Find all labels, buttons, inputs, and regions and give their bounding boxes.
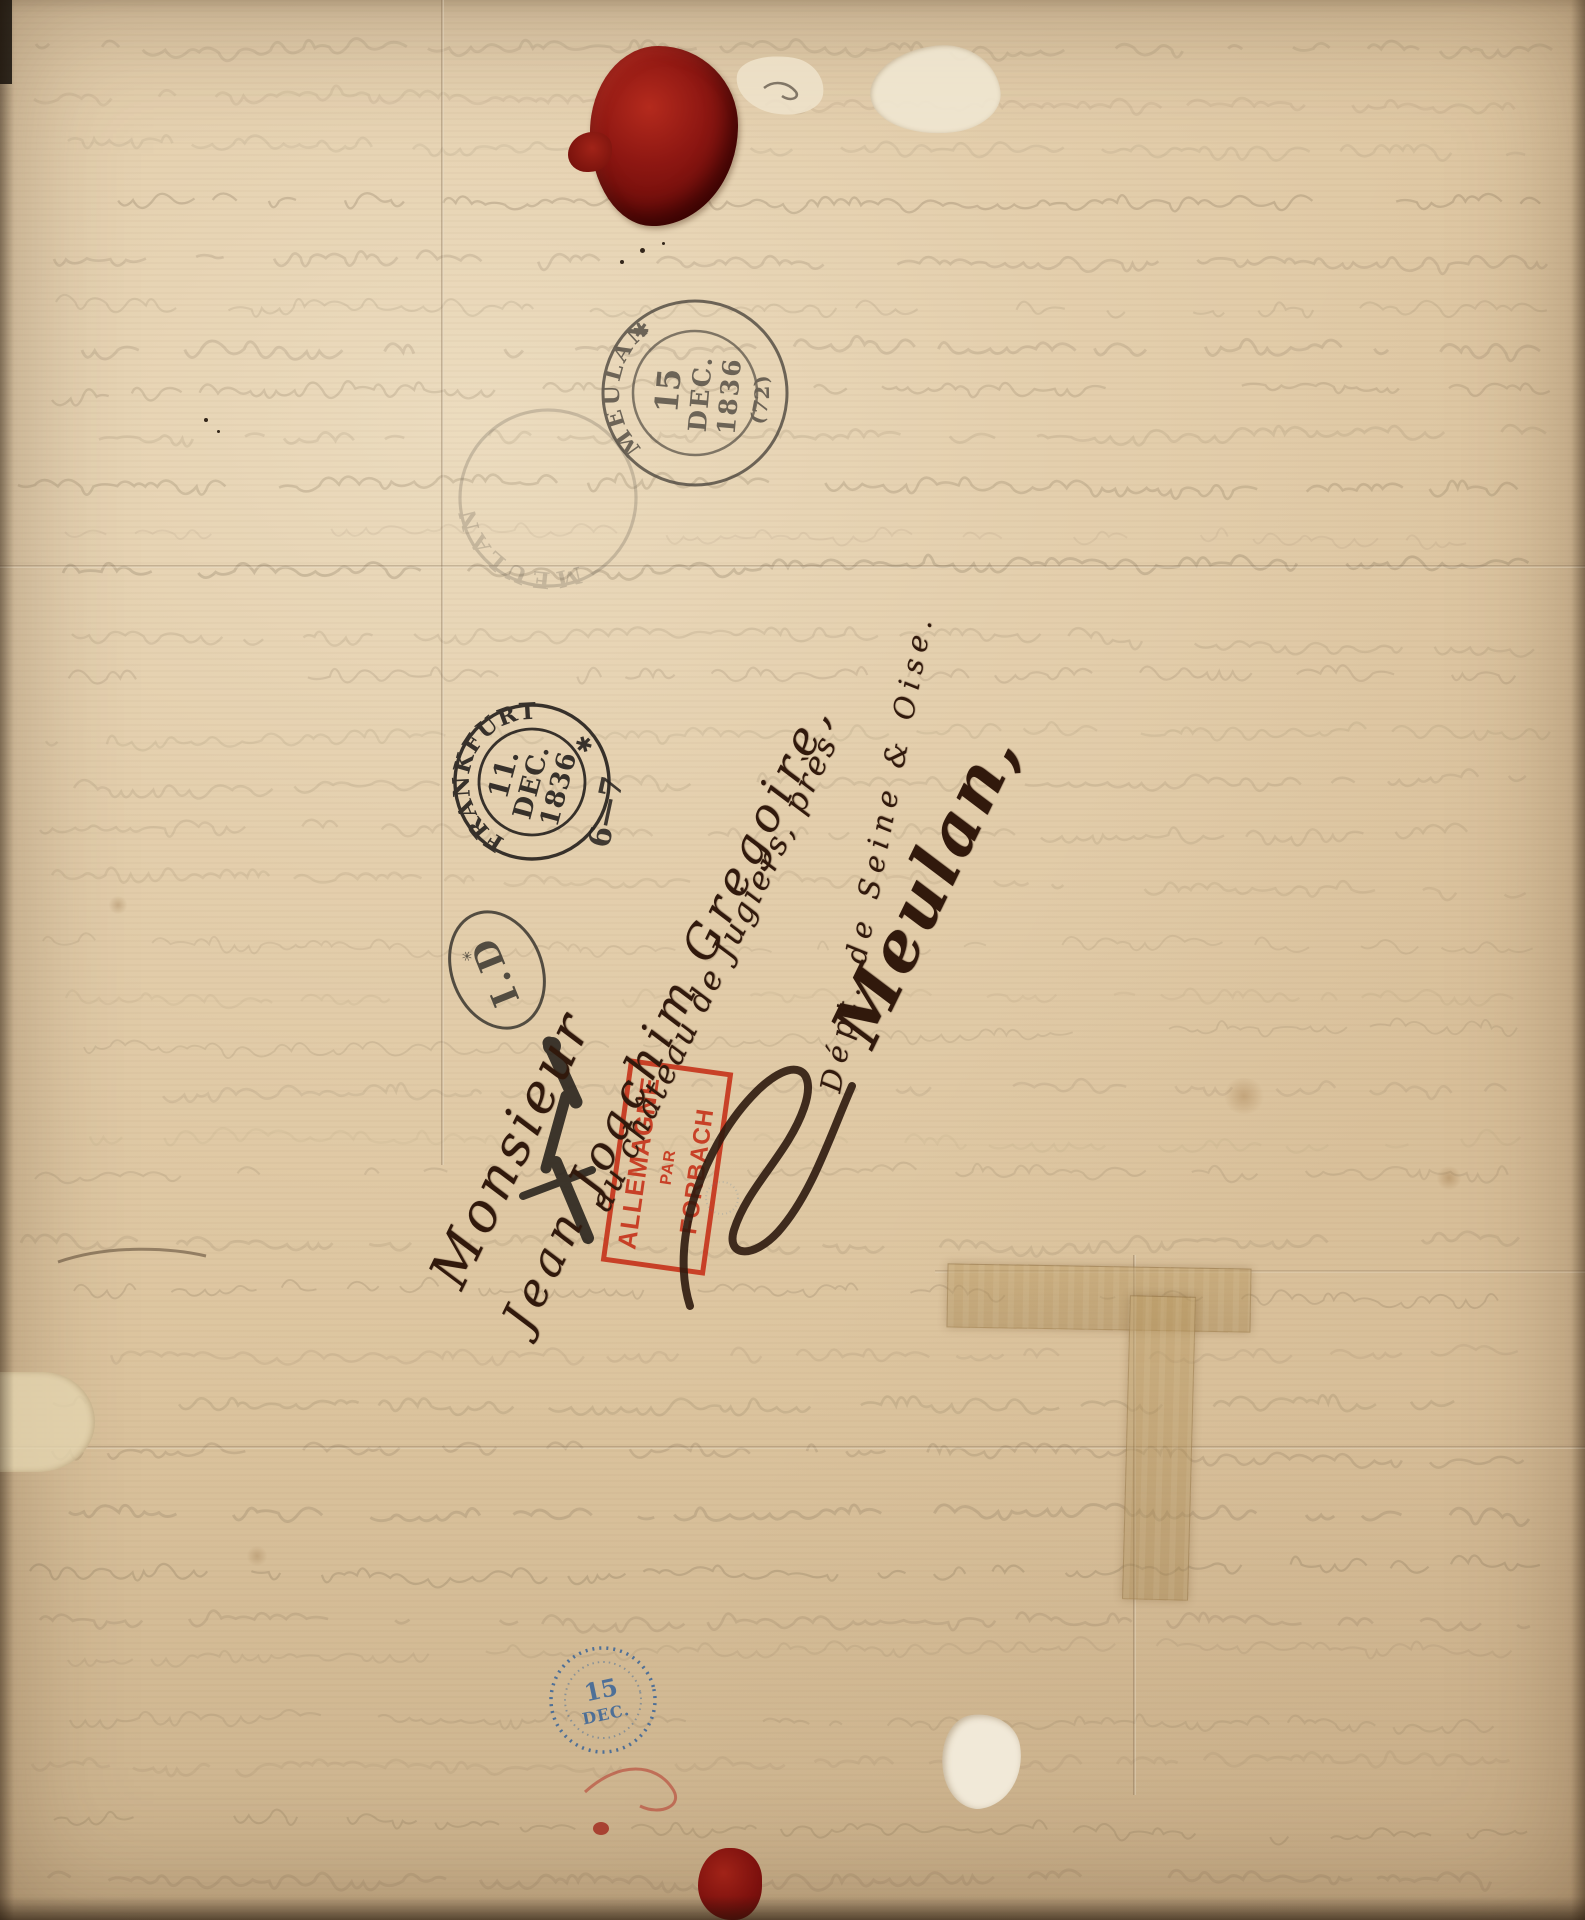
- blue-stamp-offset-ghost: [706, 1182, 738, 1214]
- bleedthrough-line: [53, 1395, 1506, 1415]
- svg-text:15: 15: [647, 367, 689, 415]
- wax-seal: [590, 46, 738, 226]
- svg-text:15: 15: [581, 1672, 620, 1707]
- bleedthrough-line: [82, 336, 1540, 360]
- tape-remnant-left-edge: [0, 1372, 95, 1472]
- ink-speck: [217, 430, 220, 433]
- bleedthrough-writing: [0, 0, 1585, 1920]
- handwriting-flourish: [684, 1070, 852, 1306]
- ink-speck: [662, 242, 665, 245]
- svg-text:FORBACH: FORBACH: [675, 1106, 719, 1236]
- address-location: au château de Jugiers, près: [581, 728, 846, 1217]
- svg-text:FRANKFURT: FRANKFURT: [429, 680, 544, 859]
- svg-text:MEULAN: MEULAN: [434, 493, 595, 619]
- bleedthrough-line: [40, 1611, 1530, 1633]
- bleedthrough-line: [54, 251, 1547, 274]
- bleedthrough-line: [18, 473, 1517, 499]
- torn-paper-patch-beside-seal: [732, 49, 828, 120]
- tape-strip-vertical: [1122, 1295, 1196, 1601]
- stain-spot: [108, 896, 128, 914]
- frankfurt-hour-mark: 6—7: [582, 773, 631, 850]
- torn-paper-patch-top-right: [866, 39, 1004, 140]
- svg-text:1836: 1836: [535, 748, 584, 830]
- bleedthrough-line: [52, 1442, 1523, 1468]
- bleedthrough-line: [118, 193, 1540, 213]
- small-ornament: ✳: [459, 948, 477, 964]
- bleedthrough-line: [69, 665, 1516, 683]
- bleedthrough-line: [30, 1556, 1540, 1588]
- frankfurt-postmark: FRANKFURT ✱ 11. DEC. 1836: [429, 680, 627, 881]
- postal-markings-layer: MEULAN MEULAN (72) ✱ 15 DEC. 1836: [0, 0, 1585, 1920]
- torn-paper-patch-bottom-right: [935, 1708, 1029, 1813]
- red-crayon-mark: [585, 1769, 676, 1810]
- bleedthrough-line: [111, 1345, 1518, 1365]
- bleedthrough-line: [56, 295, 1547, 319]
- bleedthrough-line: [72, 627, 1534, 656]
- fold-line-horizontal-upper: [0, 565, 1585, 568]
- bleedthrough-line: [21, 1232, 1519, 1257]
- ink-speck: [204, 418, 208, 422]
- svg-text:11.: 11.: [481, 747, 525, 803]
- stain-spot: [1222, 1078, 1266, 1114]
- fold-line-horizontal-lower: [0, 1446, 1585, 1449]
- paper-sheet: MEULAN MEULAN (72) ✱ 15 DEC. 1836: [0, 0, 1585, 1920]
- bleedthrough-line: [84, 1018, 1517, 1058]
- pen-stroke-showthrough: [58, 1249, 206, 1262]
- svg-text:DEC.: DEC.: [508, 742, 557, 823]
- stain-spot: [1436, 1166, 1462, 1190]
- svg-text:(72): (72): [743, 369, 776, 428]
- fold-line-vertical-upper: [441, 0, 444, 1165]
- svg-text:PAR: PAR: [658, 1148, 680, 1186]
- rosette-ornament: ✱: [629, 321, 654, 340]
- bleedthrough-line: [69, 1504, 1529, 1525]
- wax-seal-drip: [568, 132, 612, 172]
- svg-text:MEULAN: MEULAN: [591, 311, 658, 463]
- bleedthrough-line: [48, 1870, 1537, 1892]
- bleedthrough-line: [54, 1810, 1527, 1845]
- svg-text:DEC.: DEC.: [683, 354, 719, 433]
- bleedthrough-line: [68, 1637, 1512, 1666]
- bleedthrough-line: [66, 989, 1513, 1008]
- scan-edge-left: [0, 0, 14, 1920]
- wax-remnant-small: [593, 1822, 609, 1835]
- ink-speck: [640, 248, 645, 253]
- arrival-postmark-meulan: MEULAN (72) ✱ 15 DEC. 1836: [590, 293, 795, 493]
- bleedthrough-line: [52, 376, 1550, 405]
- tape-strip-horizontal: [946, 1263, 1251, 1332]
- svg-text:1836: 1836: [712, 356, 748, 436]
- scan-edge-bottom: [0, 1896, 1585, 1920]
- stain-spot: [246, 1546, 268, 1566]
- bleedthrough-line: [90, 1128, 1520, 1153]
- bleedthrough-line: [74, 1278, 1498, 1308]
- bleedthrough-line: [32, 1752, 1510, 1777]
- letter-scan: MEULAN MEULAN (72) ✱ 15 DEC. 1836: [0, 0, 1585, 1920]
- svg-text:I.D: I.D: [462, 929, 528, 1012]
- blue-datestamp: 15 DEC.: [541, 1638, 664, 1761]
- bleedthrough-line: [99, 425, 1546, 446]
- bleedthrough-line: [70, 1710, 1547, 1734]
- svg-text:DEC.: DEC.: [581, 1700, 632, 1729]
- scan-edge-right: [1571, 0, 1585, 1920]
- ink-speck: [620, 260, 624, 264]
- bleedthrough-line: [68, 135, 1525, 160]
- bleedthrough-line: [52, 868, 1526, 900]
- arrival-postmark-ghost: MEULAN: [424, 378, 668, 625]
- bleedthrough-line: [35, 1163, 1508, 1184]
- bleedthrough-line: [43, 933, 1533, 960]
- rosette-ornament: ✱: [571, 733, 599, 756]
- bleedthrough-line: [63, 555, 1528, 579]
- bleedthrough-line: [65, 523, 1500, 549]
